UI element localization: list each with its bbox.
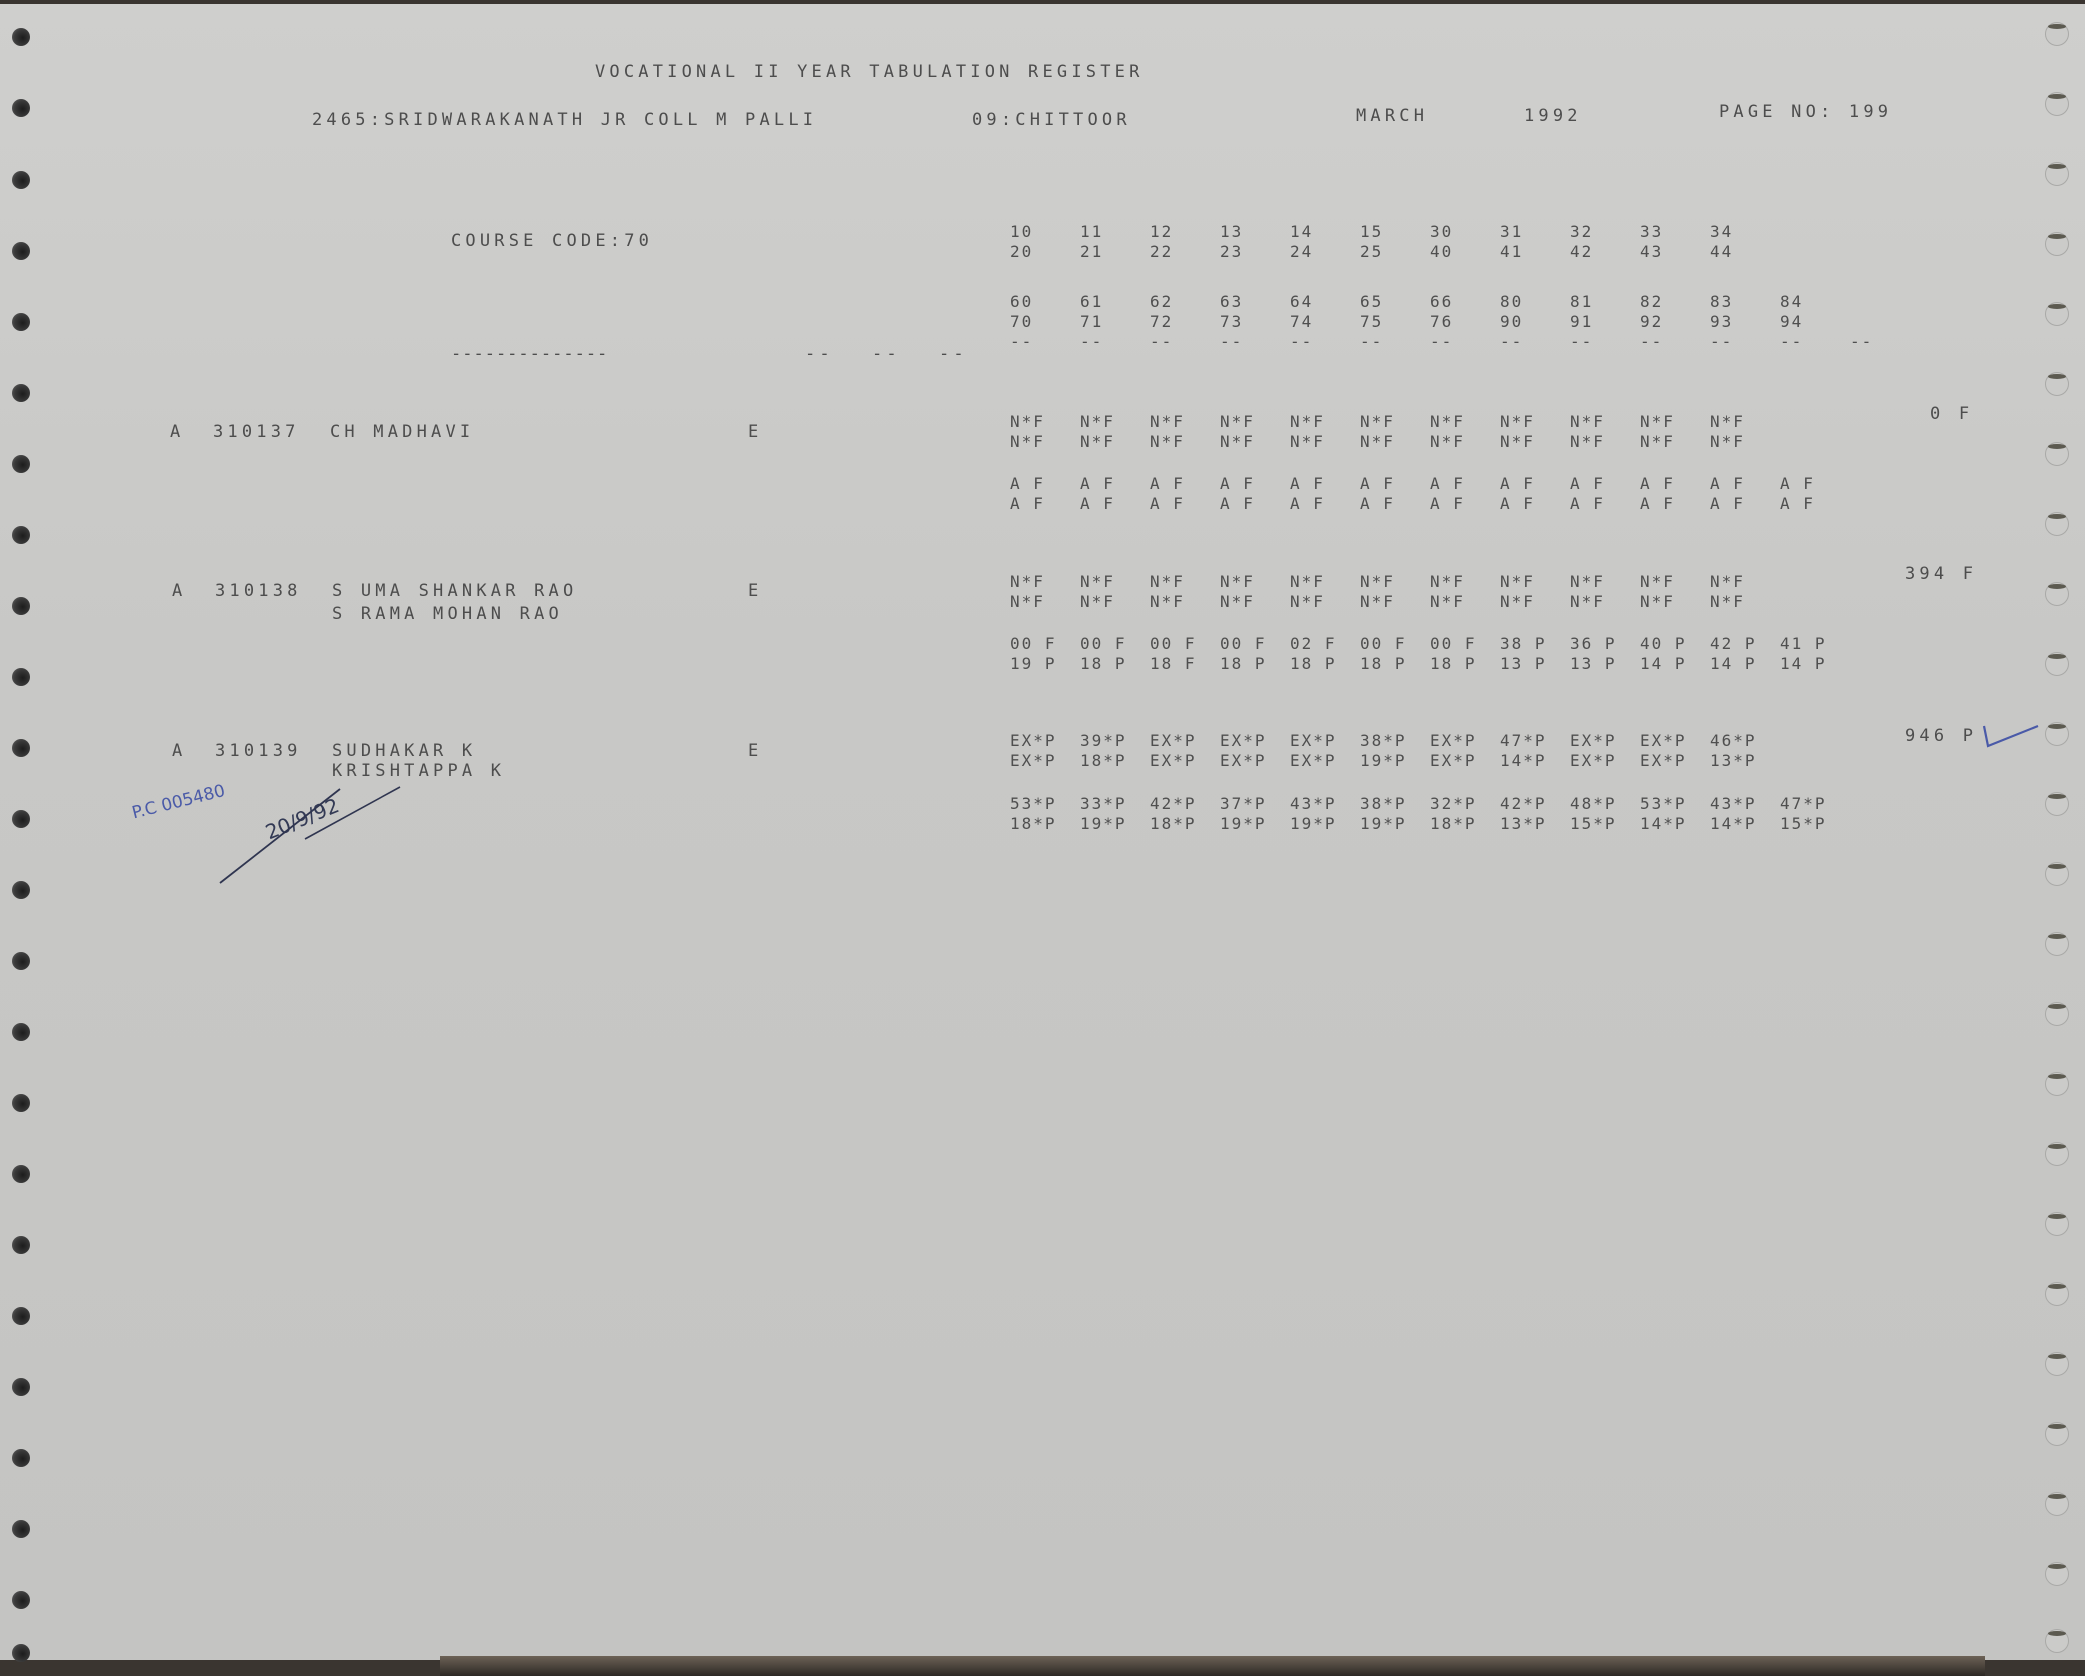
mark: EX*P [1430,751,1500,771]
code: 66 [1430,292,1500,312]
mark: N*F [1080,412,1150,432]
tractor-hole-icon [12,810,30,828]
code: 14 [1290,222,1360,242]
district-name: 09:CHITTOOR [972,110,1131,130]
tractor-hole-icon [2045,1282,2069,1306]
tractor-hole-icon [2045,92,2069,116]
mark: A F [1010,494,1080,514]
tractor-hole-icon [2045,1072,2069,1096]
tractor-hole-icon [2045,1562,2069,1586]
tractor-hole-icon [12,597,30,615]
marks-row: A F A F A F A F A F A F A F A F A F A F … [1010,494,1850,514]
mark: 38*P [1360,794,1430,814]
mark: 18*P [1010,814,1080,834]
exam-month: MARCH [1356,106,1428,126]
code: 92 [1640,312,1710,332]
tractor-hole-icon [2045,1352,2069,1376]
tractor-hole-icon [2045,1422,2069,1446]
dash: -- [1150,332,1220,352]
dash: -- [1500,332,1570,352]
mark: 18*P [1150,814,1220,834]
dash: -- [1010,332,1080,352]
mark: 48*P [1570,794,1640,814]
dash-c: -- [939,344,968,364]
code: 90 [1500,312,1570,332]
codes-row: 60 61 62 63 64 65 66 80 81 82 83 84 [1010,292,1920,312]
mark: EX*P [1010,731,1080,751]
mark: 18 P [1290,654,1360,674]
mark: A F [1710,474,1780,494]
mark: A F [1500,494,1570,514]
code: 71 [1080,312,1150,332]
exam-year: 1992 [1524,106,1582,126]
dash: -- [1850,332,1920,352]
marks-row: 18*P 19*P 18*P 19*P 19*P 19*P 18*P 13*P … [1010,814,1850,834]
mark: 40 P [1640,634,1710,654]
mark: 13 P [1570,654,1640,674]
mark: N*F [1360,592,1430,612]
tractor-hole-icon [2045,582,2069,606]
mark: 19 P [1010,654,1080,674]
mark: 13 P [1500,654,1570,674]
code: 40 [1430,242,1500,262]
mark: N*F [1080,432,1150,452]
mark: N*F [1150,412,1220,432]
parent-name: KRISHTAPPA K [332,761,505,781]
code: 93 [1710,312,1780,332]
mark: 02 F [1290,634,1360,654]
code: 62 [1150,292,1220,312]
total-result: 394 F [1905,564,1977,584]
paper-bottom-edge [440,1656,1985,1676]
mark: N*F [1430,572,1500,592]
code: 70 [1010,312,1080,332]
code: 80 [1500,292,1570,312]
mark: 37*P [1220,794,1290,814]
mark: N*F [1220,572,1290,592]
mark: 18 F [1150,654,1220,674]
tractor-hole-icon [2045,232,2069,256]
mark: 42*P [1150,794,1220,814]
mark: N*F [1500,592,1570,612]
dash-b: -- [872,344,901,364]
mark: N*F [1500,572,1570,592]
mark: N*F [1290,432,1360,452]
tractor-hole-icon [2045,652,2069,676]
mark: 14*P [1640,814,1710,834]
marks-row: A F A F A F A F A F A F A F A F A F A F … [1010,474,1850,494]
mark: EX*P [1570,751,1640,771]
mark: N*F [1360,572,1430,592]
code: 75 [1360,312,1430,332]
marks-block-2: 53*P 33*P 42*P 37*P 43*P 38*P 32*P 42*P … [1010,794,1850,834]
mark: 42 P [1710,634,1780,654]
tractor-hole-icon [2045,862,2069,886]
mark: 53*P [1010,794,1080,814]
dash: -- [1360,332,1430,352]
tractor-hole-icon [12,455,30,473]
dash: -- [1570,332,1640,352]
code: 61 [1080,292,1150,312]
mark: EX*P [1570,731,1640,751]
tractor-hole-icon [2045,1629,2069,1653]
mark: 33*P [1080,794,1150,814]
mark: 19*P [1360,751,1430,771]
mark: A F [1430,474,1500,494]
mark: EX*P [1220,751,1290,771]
mark: 14*P [1710,814,1780,834]
mark: 15*P [1570,814,1640,834]
mark: 18*P [1080,751,1150,771]
mark: 19*P [1360,814,1430,834]
tractor-hole-icon [2045,1142,2069,1166]
dash: -- [1080,332,1150,352]
code: 43 [1640,242,1710,262]
code: 83 [1710,292,1780,312]
marks-row: N*F N*F N*F N*F N*F N*F N*F N*F N*F N*F … [1010,592,1780,612]
mark: N*F [1360,432,1430,452]
mark: A F [1640,474,1710,494]
code: 72 [1150,312,1220,332]
register-title: VOCATIONAL II YEAR TABULATION REGISTER [595,62,1144,82]
code: 34 [1710,222,1780,242]
mark: N*F [1220,432,1290,452]
mark: EX*P [1150,751,1220,771]
marks-block-1: EX*P 39*P EX*P EX*P EX*P 38*P EX*P 47*P … [1010,731,1780,771]
mark: A F [1150,474,1220,494]
code: 10 [1010,222,1080,242]
marks-row: 53*P 33*P 42*P 37*P 43*P 38*P 32*P 42*P … [1010,794,1850,814]
code: 25 [1360,242,1430,262]
mark: N*F [1710,592,1780,612]
marks-row: N*F N*F N*F N*F N*F N*F N*F N*F N*F N*F … [1010,432,1780,452]
mark: 32*P [1430,794,1500,814]
mark: EX*P [1640,731,1710,751]
code: 24 [1290,242,1360,262]
mark: EX*P [1220,731,1290,751]
code: 73 [1220,312,1290,332]
marks-block-1: N*F N*F N*F N*F N*F N*F N*F N*F N*F N*F … [1010,572,1780,612]
tractor-hole-icon [2045,1212,2069,1236]
mark: A F [1220,494,1290,514]
tractor-hole-icon [12,1165,30,1183]
mark: A F [1780,474,1850,494]
mark: N*F [1220,592,1290,612]
code: 42 [1570,242,1640,262]
mark: EX*P [1150,731,1220,751]
codes-row: 70 71 72 73 74 75 76 90 91 92 93 94 [1010,312,1920,332]
mark: N*F [1570,432,1640,452]
code: 13 [1220,222,1290,242]
tractor-hole-icon [2045,1002,2069,1026]
code: 21 [1080,242,1150,262]
tractor-hole-icon [12,526,30,544]
marks-row: EX*P 18*P EX*P EX*P EX*P 19*P EX*P 14*P … [1010,751,1780,771]
tractor-hole-icon [12,28,30,46]
mark: N*F [1640,592,1710,612]
total-result: 946 P [1905,726,1977,746]
code: 64 [1290,292,1360,312]
mark: A F [1220,474,1290,494]
marks-row: N*F N*F N*F N*F N*F N*F N*F N*F N*F N*F … [1010,412,1780,432]
course-underline: -------------- [451,344,608,364]
mark: N*F [1710,572,1780,592]
tractor-hole-icon [2045,442,2069,466]
code: 41 [1500,242,1570,262]
mark: N*F [1010,432,1080,452]
mark: N*F [1640,432,1710,452]
mark: 53*P [1640,794,1710,814]
mark: 43*P [1290,794,1360,814]
tractor-hole-icon [2045,1492,2069,1516]
total-result: 0 F [1930,404,1973,424]
mark: A F [1360,474,1430,494]
mark: N*F [1290,572,1360,592]
code: 91 [1570,312,1640,332]
tractor-hole-icon [12,1644,30,1662]
mark: 18 P [1360,654,1430,674]
mark: N*F [1150,572,1220,592]
code: 76 [1430,312,1500,332]
mark: 43*P [1710,794,1780,814]
mark: A F [1080,494,1150,514]
marks-row: 19 P 18 P 18 F 18 P 18 P 18 P 18 P 13 P … [1010,654,1850,674]
mark: 47*P [1500,731,1570,751]
code: 31 [1500,222,1570,242]
tractor-hole-icon [2045,22,2069,46]
code: 82 [1640,292,1710,312]
mark: N*F [1080,592,1150,612]
mark: 14 P [1780,654,1850,674]
tractor-hole-icon [12,1449,30,1467]
mark: N*F [1010,572,1080,592]
tractor-hole-icon [12,1591,30,1609]
roll-number: 310138 [215,581,302,601]
dash: -- [1640,332,1710,352]
tractor-hole-icon [2045,932,2069,956]
marks-row: 00 F 00 F 00 F 00 F 02 F 00 F 00 F 38 P … [1010,634,1850,654]
mark: 00 F [1150,634,1220,654]
category: A [172,741,186,761]
mark: 19*P [1220,814,1290,834]
mark: N*F [1640,412,1710,432]
tabulation-sheet: VOCATIONAL II YEAR TABULATION REGISTER 2… [0,4,2085,1660]
category: A [170,422,184,442]
dash-row: -- -- -- -- -- -- -- -- -- -- -- -- -- [1010,332,1920,352]
roll-number: 310137 [213,422,300,442]
medium: E [748,741,762,761]
dash: -- [1220,332,1290,352]
tractor-hole-icon [12,99,30,117]
tractor-hole-icon [12,1378,30,1396]
medium: E [748,422,762,442]
mark: 36 P [1570,634,1640,654]
parent-name: S RAMA MOHAN RAO [332,604,563,624]
mark: 47*P [1780,794,1850,814]
candidate-name: SUDHAKAR K [332,741,476,761]
tractor-hole-icon [12,1023,30,1041]
mark: N*F [1430,592,1500,612]
mark: A F [1570,494,1640,514]
tractor-hole-icon [12,739,30,757]
dash-a: -- [805,344,834,364]
code: 60 [1010,292,1080,312]
mark: A F [1500,474,1570,494]
medium: E [748,581,762,601]
dash: -- [1710,332,1780,352]
code: 63 [1220,292,1290,312]
mark: A F [1150,494,1220,514]
tractor-hole-icon [2045,792,2069,816]
marks-row: N*F N*F N*F N*F N*F N*F N*F N*F N*F N*F … [1010,572,1780,592]
tractor-hole-icon [12,1307,30,1325]
mark: 38 P [1500,634,1570,654]
code: 32 [1570,222,1640,242]
mark: 18 P [1220,654,1290,674]
college-name: 2465:SRIDWARAKANATH JR COLL M PALLI [312,110,817,130]
mark: EX*P [1290,731,1360,751]
dash: -- [1290,332,1360,352]
mark: A F [1430,494,1500,514]
mark: N*F [1570,412,1640,432]
candidate-name: S UMA SHANKAR RAO [332,581,577,601]
mark: 18*P [1430,814,1500,834]
mark: EX*P [1430,731,1500,751]
mark: A F [1080,474,1150,494]
code: 20 [1010,242,1080,262]
code: 23 [1220,242,1290,262]
tractor-hole-icon [2045,162,2069,186]
checkmark-icon [1982,720,2042,750]
mark: 42*P [1500,794,1570,814]
category: A [172,581,186,601]
mark: 39*P [1080,731,1150,751]
mark: 00 F [1220,634,1290,654]
roll-number: 310139 [215,741,302,761]
mark: 19*P [1290,814,1360,834]
tractor-hole-icon [12,384,30,402]
mark: 14 P [1640,654,1710,674]
code: 81 [1570,292,1640,312]
mark: N*F [1430,432,1500,452]
mark: 18 P [1430,654,1500,674]
tractor-hole-icon [12,668,30,686]
code: 84 [1780,292,1850,312]
mark: EX*P [1010,751,1080,771]
mark: A F [1780,494,1850,514]
mark: A F [1710,494,1780,514]
mark: 41 P [1780,634,1850,654]
marks-row: EX*P 39*P EX*P EX*P EX*P 38*P EX*P 47*P … [1010,731,1780,751]
mark: EX*P [1640,751,1710,771]
tractor-hole-icon [2045,302,2069,326]
mark: N*F [1080,572,1150,592]
mark: N*F [1360,412,1430,432]
mark: 00 F [1010,634,1080,654]
mark: N*F [1150,432,1220,452]
code: 74 [1290,312,1360,332]
code: 33 [1640,222,1710,242]
mark: A F [1290,474,1360,494]
marks-block-2: A F A F A F A F A F A F A F A F A F A F … [1010,474,1850,514]
mark: A F [1360,494,1430,514]
code: 94 [1780,312,1850,332]
code: 44 [1710,242,1780,262]
subject-codes-block-2: 60 61 62 63 64 65 66 80 81 82 83 84 70 7… [1010,292,1920,352]
course-code: COURSE CODE:70 [451,231,653,251]
code: 65 [1360,292,1430,312]
mark: 00 F [1360,634,1430,654]
tractor-hole-icon [12,952,30,970]
tractor-hole-icon [12,242,30,260]
mark: N*F [1500,412,1570,432]
marks-block-1: N*F N*F N*F N*F N*F N*F N*F N*F N*F N*F … [1010,412,1780,452]
mark: 14 P [1710,654,1780,674]
code: 11 [1080,222,1150,242]
tractor-hole-icon [12,1520,30,1538]
dash: -- [1430,332,1500,352]
mark: N*F [1640,572,1710,592]
mark: 15*P [1780,814,1850,834]
candidate-name: CH MADHAVI [330,422,474,442]
mark: 38*P [1360,731,1430,751]
mark: 19*P [1080,814,1150,834]
mark: N*F [1010,592,1080,612]
mark: A F [1570,474,1640,494]
code: 22 [1150,242,1220,262]
mark: A F [1640,494,1710,514]
tractor-hole-icon [2045,512,2069,536]
tractor-hole-icon [12,1236,30,1254]
mark: N*F [1290,412,1360,432]
tractor-hole-icon [12,881,30,899]
tractor-hole-icon [12,313,30,331]
code: 30 [1430,222,1500,242]
marks-block-2: 00 F 00 F 00 F 00 F 02 F 00 F 00 F 38 P … [1010,634,1850,674]
code: 15 [1360,222,1430,242]
tractor-hole-icon [2045,722,2069,746]
tractor-hole-icon [12,1094,30,1112]
mark: N*F [1150,592,1220,612]
mark: N*F [1710,412,1780,432]
code: 12 [1150,222,1220,242]
tractor-hole-icon [2045,372,2069,396]
mark: EX*P [1290,751,1360,771]
page-number: PAGE NO: 199 [1719,102,1892,122]
signature-strike-icon [210,779,410,889]
codes-row: 10 11 12 13 14 15 30 31 32 33 34 [1010,222,1780,242]
mark: 13*P [1710,751,1780,771]
mark: 00 F [1430,634,1500,654]
mark: N*F [1710,432,1780,452]
mark: N*F [1010,412,1080,432]
subject-codes-block-1: 10 11 12 13 14 15 30 31 32 33 34 20 21 2… [1010,222,1780,262]
mark: N*F [1570,592,1640,612]
mark: N*F [1570,572,1640,592]
mark: 46*P [1710,731,1780,751]
codes-row: 20 21 22 23 24 25 40 41 42 43 44 [1010,242,1780,262]
tractor-hole-icon [12,171,30,189]
mark: A F [1290,494,1360,514]
mark: N*F [1430,412,1500,432]
dash: -- [1780,332,1850,352]
mark: N*F [1500,432,1570,452]
mark: 18 P [1080,654,1150,674]
mark: 14*P [1500,751,1570,771]
mark: N*F [1220,412,1290,432]
mark: 00 F [1080,634,1150,654]
mark: N*F [1290,592,1360,612]
